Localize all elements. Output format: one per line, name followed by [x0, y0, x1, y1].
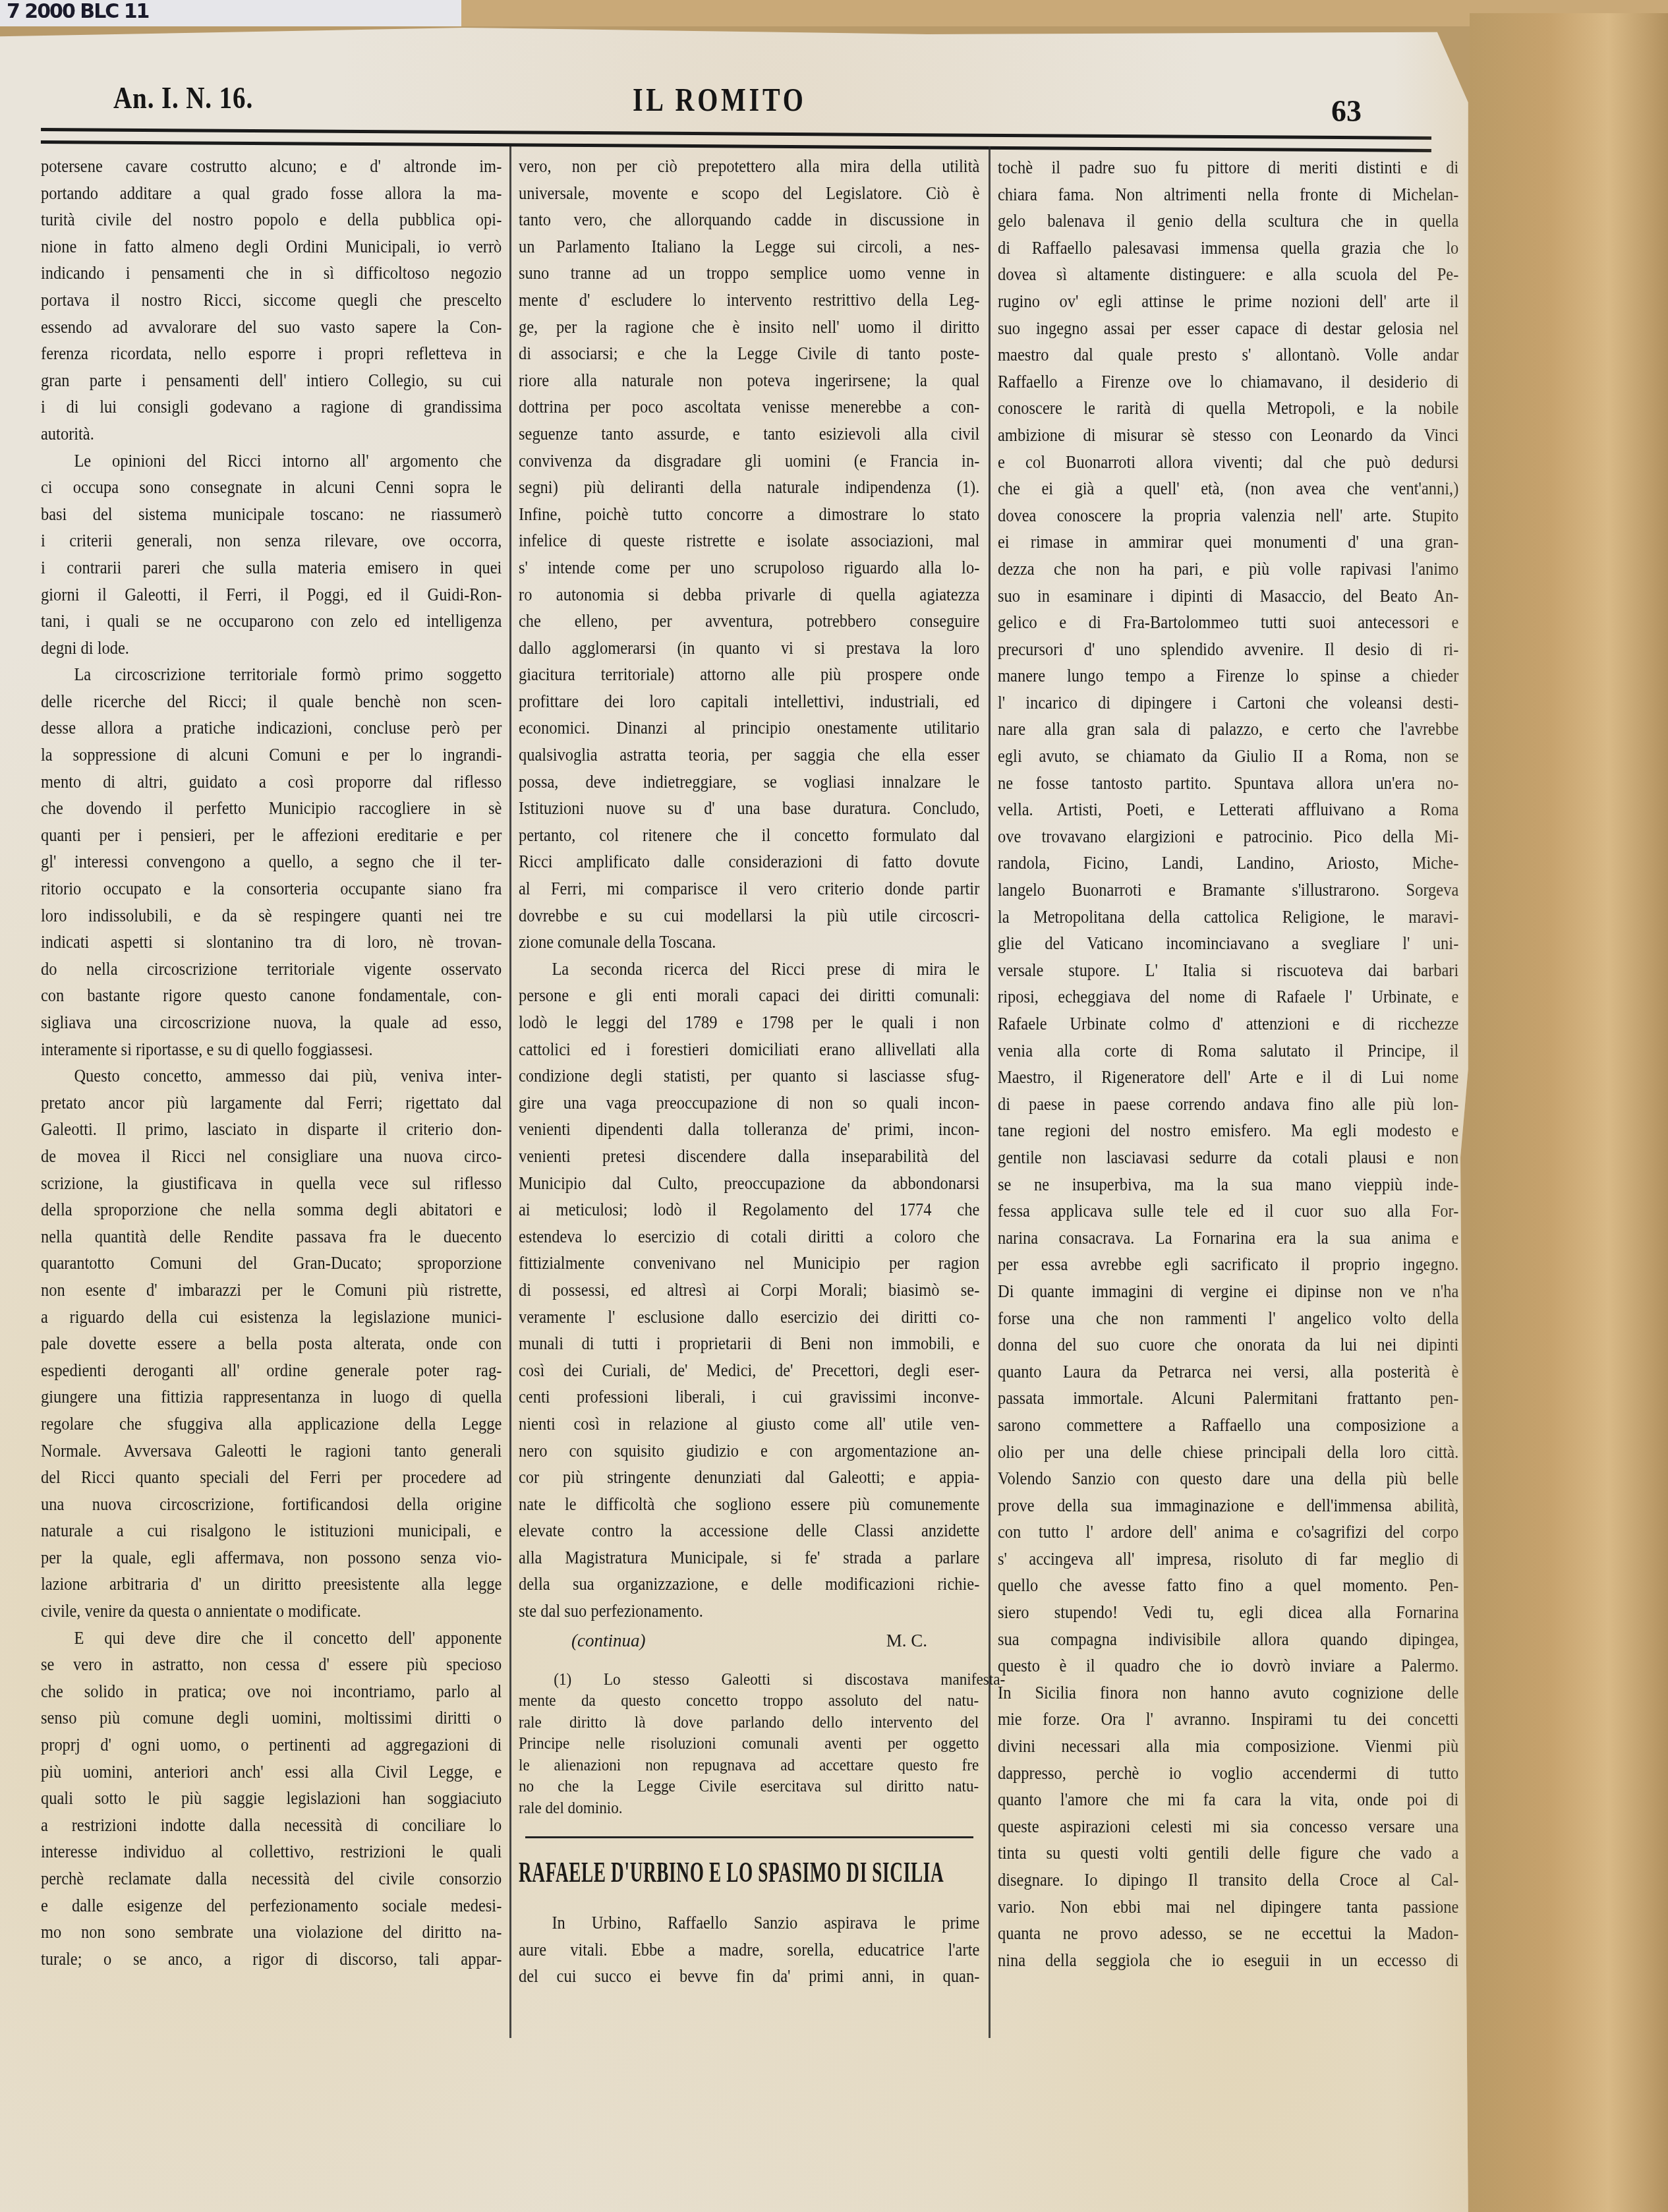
text-line: nione in fatto almeno degli Ordini Munic…	[41, 233, 502, 260]
text-line: perchè reclamate dalla necessità del civ…	[41, 1865, 502, 1892]
text-line: essendo ad avvalorare del suo vasto sape…	[41, 314, 502, 341]
text-line: alla Magistratura Municipale, si fe' str…	[519, 1544, 979, 1571]
text-line: se ne insuperbiva, ma la sua mano vieppi…	[998, 1171, 1458, 1198]
text-line: veramente l' esclusione dallo esercizio …	[519, 1304, 979, 1331]
text-line: rale del dominio.	[519, 1798, 979, 1820]
text-line: s' intende come per uno scrupoloso rigua…	[519, 554, 979, 581]
column-2: vero, non per ciò prepotettero alla mira…	[519, 153, 980, 1990]
text-line: no che la Legge Civile esercitava sul di…	[519, 1776, 979, 1798]
text-line: gelo balenava il genio della scultura ch…	[998, 208, 1458, 235]
text-line: nare alla gran sala di palazzo, e certo …	[998, 716, 1458, 743]
text-line: estendeva lo esercizio di cotali diritti…	[519, 1223, 979, 1250]
text-line: basi del sistema municipale toscano: ne …	[41, 501, 502, 528]
text-line: potersene cavare costrutto alcuno; e d' …	[41, 153, 502, 180]
text-line: quali sotto le più saggie legislazioni h…	[41, 1785, 502, 1812]
text-line: pale dovette essere a bella posta altera…	[41, 1330, 502, 1357]
text-line: la soppressione di alcuni Comuni e per l…	[41, 742, 502, 769]
text-line: de movea il Ricci nel consigliare una nu…	[41, 1143, 502, 1170]
text-line: della sua organizzazione, e delle modifi…	[519, 1571, 979, 1598]
text-line: Galeotti. Il primo, lasciato in disparte…	[41, 1116, 502, 1143]
text-line: ei rimase in ammirar quei monumenti d' u…	[998, 529, 1458, 556]
text-line: fittizialmente convenivano nel Municipio…	[519, 1250, 979, 1277]
text-line: che dovendo il perfetto Municipio raccog…	[41, 795, 502, 822]
text-line: proprj d' ogni uomo, o pertinenti ad agg…	[41, 1732, 502, 1759]
text-line: i di lui consigli godevano a ragione di …	[41, 393, 502, 421]
text-line: di paese in paese correndo andava fino a…	[998, 1091, 1458, 1118]
text-line: con bastante rigore questo canone fondam…	[41, 982, 502, 1009]
text-line: centi professioni liberali, i cui gravis…	[519, 1383, 979, 1411]
text-line: rale diritto là dove parlando dello inte…	[519, 1712, 979, 1734]
text-line: lodò le leggi del 1789 e 1798 per le qua…	[519, 1009, 979, 1036]
text-line: glie del Vaticano incominciavano a svegl…	[998, 930, 1458, 957]
text-line: sua compagna indivisibile allora quando …	[998, 1626, 1458, 1653]
text-line: regolare che sfuggiva alla applicazione …	[41, 1411, 502, 1438]
text-line: degni di lode.	[41, 635, 502, 662]
text-line: queste aspirazioni celesti mi sia conces…	[998, 1813, 1458, 1840]
text-line: qualsivoglia astratta teoria, per saggia…	[519, 742, 979, 769]
text-line: (1) Lo stesso Galeotti si discostava man…	[519, 1670, 1005, 1691]
text-line: senso più comune degli uomini, moltissim…	[41, 1704, 502, 1732]
text-line: di possessi, ed altresì ai Corpi Morali;…	[519, 1277, 979, 1304]
text-line: riore alla naturale non poteva ingerirse…	[519, 367, 979, 394]
text-line: ge, per la ragione che è insito nell' uo…	[519, 314, 979, 341]
text-line: scrizione, la giustificava in quella vec…	[41, 1170, 502, 1197]
text-line: Di quante immagini di vergine ei dipinse…	[998, 1278, 1458, 1305]
text-line: gire una vaga preoccupazione di non so q…	[519, 1090, 979, 1117]
text-line: non esente d' imbarazzi per le Comuni pi…	[41, 1277, 502, 1304]
text-line: turale; o se anco, a rigor di discorso, …	[41, 1946, 502, 1973]
text-line: tani, i quali se ne occuparono con zelo …	[41, 608, 502, 635]
text-line: giungere una fittizia rappresentanza in …	[41, 1383, 502, 1411]
text-line: quanta ne provo adesso, se ne eccettui l…	[998, 1920, 1458, 1947]
text-line: interamente si riportasse, e su di quell…	[41, 1036, 502, 1063]
text-line: Istituzioni nuove su d' una base duratur…	[519, 795, 979, 822]
text-line: portava il nostro Ricci, siccome quegli …	[41, 287, 502, 314]
masthead: An. I. N. 16. IL ROMITO 63	[105, 80, 1358, 127]
text-line: con tutto l' ardore dell' anima e co'sag…	[998, 1519, 1458, 1546]
text-line: persone e gli enti morali capaci dei dir…	[519, 982, 979, 1009]
text-line: profittare dei loro capitali intellettiv…	[519, 688, 979, 715]
text-line: dallo agglomerarsi (in quanto vi si pres…	[519, 635, 979, 662]
text-line: Normale. Avversava Galeotti le ragioni t…	[41, 1438, 502, 1465]
text-line: mente d' escludere lo intervento restrit…	[519, 287, 979, 314]
text-line: vero, non per ciò prepotettero alla mira…	[519, 153, 979, 180]
text-line: convivenza da disgradare gli uomini (e F…	[519, 448, 979, 475]
text-line: Maestro, il Rigeneratore dell' Arte e il…	[998, 1064, 1458, 1091]
text-line: precursori d' uno splendido avvenire. Il…	[998, 636, 1458, 663]
text-line: del cui succo ei bevve fin da' primi ann…	[519, 1963, 979, 1990]
text-line: quello che avesse fatto fino a quel mome…	[998, 1572, 1458, 1599]
text-line: narina consacrava. La Fornarina era la s…	[998, 1225, 1458, 1252]
text-line: Volendo Sanzio con questo dare una della…	[998, 1465, 1458, 1492]
text-line: Ricci amplificato dalle considerazioni d…	[519, 848, 979, 875]
text-line: di Raffaello palesavasi immensa quella g…	[998, 235, 1458, 262]
text-line: sarono commettere a Raffaello una compos…	[998, 1412, 1458, 1439]
text-line: portando additare a qual grado fosse all…	[41, 180, 502, 207]
text-line: elevate contro la accessione delle Class…	[519, 1517, 979, 1544]
column-3-article-text: tochè il padre suo fu pittore di meriti …	[998, 154, 1459, 1973]
text-line: tinta su questi volti gentili delle figu…	[998, 1840, 1458, 1867]
text-line: delle ricerche del Ricci; il quale bench…	[41, 688, 502, 715]
footnote: (1) Lo stesso Galeotti si discostava man…	[519, 1670, 980, 1820]
text-line: condizione degli statisti, per quanto si…	[519, 1062, 979, 1090]
text-line: per la quale, egli affermava, non posson…	[41, 1544, 502, 1571]
text-line: naturale a cui risalgono le istituzioni …	[41, 1517, 502, 1544]
section-rule	[525, 1836, 973, 1838]
text-line: dovea conoscere la propria valenzia nell…	[998, 502, 1458, 529]
masthead-double-rule	[41, 128, 1431, 152]
text-line: munali di tutti i proprietarii di Beni n…	[519, 1330, 979, 1357]
text-line: passata immortale. Alcuni Palermitani fr…	[998, 1385, 1458, 1412]
text-line: dappresso, perchè io voglio accendermi d…	[998, 1760, 1458, 1787]
text-line: quanto l'amore che mi fa cara la vita, o…	[998, 1786, 1458, 1813]
text-line: pretato ancor più largamente dal Ferri; …	[41, 1090, 502, 1117]
text-line: La seconda ricerca del Ricci prese di mi…	[519, 956, 979, 983]
text-line: e dalle esigenze del perfezionamento soc…	[41, 1892, 502, 1919]
text-line: tochè il padre suo fu pittore di meriti …	[998, 154, 1458, 181]
text-line: conoscere le rarità di quella Metropoli,…	[998, 395, 1458, 422]
text-line: riposi, echeggiava del nome di Rafaele l…	[998, 983, 1458, 1010]
text-line: che elleno, per avventura, potrebbero co…	[519, 608, 979, 635]
text-line: turità civile del nostro popolo e della …	[41, 206, 502, 233]
text-line: suo ingegno assai per esser capace di de…	[998, 315, 1458, 342]
text-line: Le opinioni del Ricci intorno all' argom…	[41, 448, 502, 475]
text-line: nina della seggiola che io eseguii in un…	[998, 1947, 1458, 1974]
text-line: espedienti deroganti all' ordine general…	[41, 1357, 502, 1384]
text-line: cattolici ed i forestieri domiciliati er…	[519, 1036, 979, 1063]
text-line: tane regioni del nostro emisfero. Ma egl…	[998, 1117, 1458, 1144]
text-line: mento di altri, guidato a così proporre …	[41, 769, 502, 796]
text-line: siero stupendo! Vedi tu, egli dicea alla…	[998, 1599, 1458, 1626]
text-line: questo è il quadro che io dovrò inviare …	[998, 1652, 1458, 1679]
text-line: della sproporzione che nella somma degli…	[41, 1196, 502, 1223]
text-line: venia alla corte di Roma salutato il Pri…	[998, 1037, 1458, 1064]
text-line: manere lungo tempo a Firenze lo spinse a…	[998, 662, 1458, 689]
column-divider	[989, 146, 991, 2038]
text-line: dovrebbe e su cui modellarsi la più util…	[519, 902, 979, 929]
text-line: giorni il Galeotti, il Ferri, il Poggi, …	[41, 581, 502, 608]
text-line: mie forze. Ora l' avranno. Inspirami tu …	[998, 1706, 1458, 1733]
text-line: gl' interessi convengono a quello, a seg…	[41, 848, 502, 875]
text-line: un Parlamento Italiano la Legge sui circ…	[519, 233, 979, 260]
text-line: infelice di queste ristrette e isolate a…	[519, 527, 979, 554]
text-line: In Urbino, Raffaello Sanzio aspirava le …	[519, 1909, 979, 1936]
underlying-page-edge	[1470, 13, 1668, 2212]
text-line: Questo concetto, ammesso dai più, veniva…	[41, 1062, 502, 1090]
text-line: quanto Laura da Petrarca nei versi, alla…	[998, 1358, 1458, 1385]
issue-number: An. I. N. 16.	[113, 80, 253, 115]
text-line: pertanto, col ritenere che il concetto f…	[519, 822, 979, 849]
newspaper-title: IL ROMITO	[633, 80, 807, 119]
text-line: disegnare. Io dipingo Il transito della …	[998, 1867, 1458, 1894]
text-line: ro autonomia si debba privarle di quella…	[519, 581, 979, 608]
text-line: suo in esaminare i dipinti di Masaccio, …	[998, 583, 1458, 610]
text-line: vario. Non ebbi mai nel dipingere tanta …	[998, 1894, 1458, 1921]
text-line: versale stupore. L' Italia si riscuoteva…	[998, 957, 1458, 984]
text-line: a restrizioni indotte dalla necessità di…	[41, 1812, 502, 1839]
text-line: ci occupa sono consegnate in alcuni Cenn…	[41, 474, 502, 501]
text-line: mo non sono sembrate una violazione del …	[41, 1919, 502, 1946]
text-line: mente da questo concetto troppo assoluto…	[519, 1691, 979, 1712]
text-line: che solido in pratica; ove noi incontria…	[41, 1678, 502, 1705]
column-2-article-text: vero, non per ciò prepotettero alla mira…	[519, 153, 980, 1625]
text-line: che ei già a quell' età, (non avea che v…	[998, 475, 1458, 502]
text-line: al Ferri, mi comparisce il vero criterio…	[519, 875, 979, 902]
text-line: possa, deve indietreggiare, se vogliasi …	[519, 769, 979, 796]
page-number: 63	[1331, 94, 1362, 129]
text-line: cor più stringente denunziati dal Galeot…	[519, 1464, 979, 1491]
text-line: s' accingeva all' impresa, risoluto di f…	[998, 1546, 1458, 1573]
text-line: segni) più deliranti della naturale indi…	[519, 474, 979, 501]
continua-note: (continua)	[571, 1627, 645, 1654]
text-line: universale, movente e scopo del Legislat…	[519, 180, 979, 207]
text-line: loro indissolubili, e da sè respingere q…	[41, 902, 502, 929]
text-line: indicati aspetti si slontanino tra di lo…	[41, 929, 502, 956]
column-1-article-text: potersene cavare costrutto alcuno; e d' …	[41, 153, 502, 1972]
text-line: a riguardo della cui esistenza la legisl…	[41, 1304, 502, 1331]
text-line: Municipio dal Culto, preoccupazione da a…	[519, 1170, 979, 1197]
text-line: di associarsi; e che la Legge Civile di …	[519, 340, 979, 367]
text-line: E qui deve dire che il concetto dell' ap…	[41, 1625, 502, 1652]
text-line: prove della sua immaginazione e dell'imm…	[998, 1492, 1458, 1519]
text-line: sigliava una circoscrizione nuova, la qu…	[41, 1009, 502, 1036]
text-line: fessa applicava sulle tele ed il cuor su…	[998, 1198, 1458, 1225]
newspaper-page: An. I. N. 16. IL ROMITO 63 potersene cav…	[0, 15, 1545, 2212]
text-line: donna del suo cuore che onorata da lui n…	[998, 1331, 1458, 1358]
text-line: Raffaello a Firenze ove lo chiamavano, i…	[998, 368, 1458, 395]
column-2-new-article-text: In Urbino, Raffaello Sanzio aspirava le …	[519, 1909, 980, 1990]
text-line: i contrarii pareri che sulla materia emi…	[41, 554, 502, 581]
column-divider	[509, 146, 511, 2038]
text-line: giacitura territoriale) attorno alle più…	[519, 661, 979, 688]
text-line: ne fosse tantosto partito. Spuntava allo…	[998, 770, 1458, 797]
scan-background: 7 2000 BLC 11	[0, 0, 1668, 26]
text-line: randola, Ficino, Landi, Landino, Ariosto…	[998, 850, 1458, 877]
text-line: nero con squisito giudizio e con argomen…	[519, 1438, 979, 1465]
text-line: divini necessari alla mia composizione. …	[998, 1733, 1458, 1760]
text-line: nienti così in relazione al giusto come …	[519, 1411, 979, 1438]
text-line: ste dal suo perfezionamento.	[519, 1598, 979, 1625]
text-line: gran parte i pensamenti dell' intiero Co…	[41, 367, 502, 394]
text-line: così dei Curiali, de' Medici, de' Precet…	[519, 1357, 979, 1384]
author-initials: M. C.	[886, 1627, 927, 1654]
text-line: ambizione di misurar sè stesso con Leona…	[998, 422, 1458, 449]
text-line: più uomini, anteriori anch' essi alla Ci…	[41, 1759, 502, 1786]
text-line: rugino ov' egli attinse le prime nozioni…	[998, 288, 1458, 315]
text-line: quarantotto Comuni del Gran-Ducato; spro…	[41, 1250, 502, 1277]
text-line: egli avuto, se chiamato da Giulio II a R…	[998, 743, 1458, 770]
text-line: zione comunale della Toscana.	[519, 929, 979, 956]
text-line: per essa avrebbe egli sacrificato il pro…	[998, 1251, 1458, 1278]
text-line: autorità.	[41, 421, 502, 448]
article-headline: RAFAELE D'URBINO E LO SPASIMO DI SICILIA	[519, 1853, 982, 1892]
text-line: la Metropolitana della cattolica Religio…	[998, 904, 1458, 931]
text-line: indicando i pensamenti che in sì diffico…	[41, 260, 502, 287]
text-line: tanto vero, che allorquando cadde in dis…	[519, 206, 979, 233]
text-line: le alienazioni non repugnava ad accettar…	[519, 1755, 979, 1777]
text-line: dezza che non ha pari, e più volle rapiv…	[998, 556, 1458, 583]
text-line: suno tranne ad un troppo semplice uomo v…	[519, 260, 979, 287]
text-line: In Sicilia finora non hanno avuto cogniz…	[998, 1679, 1458, 1706]
text-line: aure vitali. Ebbe a madre, sorella, educ…	[519, 1936, 979, 1964]
text-line: olio per una delle chiese principali del…	[998, 1439, 1458, 1466]
text-line: ritorio occupato e la consorteria occupa…	[41, 875, 502, 902]
article-signoff: (continua) M. C.	[519, 1626, 980, 1656]
text-line: lazione arbitraria d' un diritto preesis…	[41, 1571, 502, 1598]
text-line: gentile non lasciavasi sedurre da cotali…	[998, 1144, 1458, 1171]
text-line: La circoscrizione territoriale formò pri…	[41, 661, 502, 688]
text-line: Principe nelle risoluzioni comunali aven…	[519, 1733, 979, 1755]
text-line: economici. Dinanzi al principio onestame…	[519, 714, 979, 742]
text-line: dottrina per poco ascoltata venisse mene…	[519, 393, 979, 421]
text-line: e col Buonarroti allora viventi; dal che…	[998, 449, 1458, 476]
text-line: forse una che non rammenti l' angelico v…	[998, 1305, 1458, 1332]
text-line: i criterii generali, non senza rilevare,…	[41, 527, 502, 554]
text-line: gelico e di Fra-Bartolommeo tutti suoi a…	[998, 609, 1458, 636]
text-line: ai meticulosi; lodò il Regolamento del 1…	[519, 1196, 979, 1223]
text-line: nella quantità delle Rendite passava fra…	[41, 1223, 502, 1250]
text-line: venienti pretesi discendere dalla insepa…	[519, 1143, 979, 1170]
text-line: vella. Artisti, Poeti, e Letterati afflu…	[998, 796, 1458, 823]
text-line: civile, venire da questa o annientate o …	[41, 1598, 502, 1625]
text-line: seguenze tanto assurde, e tanto esizievo…	[519, 421, 979, 448]
text-line: desse allora a pratiche indicazioni, con…	[41, 714, 502, 742]
text-line: ove trovavano elargizioni e patrocinio. …	[998, 823, 1458, 850]
text-line: maestro dal quale presto s' allontanò. V…	[998, 341, 1458, 368]
text-line: del Ricci quanto speciali del Ferri per …	[41, 1464, 502, 1491]
text-line: nate le difficoltà che sogliono essere p…	[519, 1491, 979, 1518]
text-line: interesse individuo al collettivo, restr…	[41, 1838, 502, 1865]
text-line: chiara fama. Non altrimenti nella fronte…	[998, 181, 1458, 208]
text-line: venienti dipendenti dalla tolleranza de'…	[519, 1116, 979, 1143]
text-line: do nella circoscrizione territoriale vig…	[41, 956, 502, 983]
text-line: Infine, poichè tutto concorre a dimostra…	[519, 501, 979, 528]
text-line: l' incarico di dipingere i Cartoni che v…	[998, 689, 1458, 716]
text-line: una nuova circoscrizione, fortificandosi…	[41, 1491, 502, 1518]
text-line: se vero in astratto, non cessa d' essere…	[41, 1651, 502, 1678]
archive-label: 7 2000 BLC 11	[7, 0, 148, 23]
text-line: ferenza ricordata, nello esporre i propr…	[41, 340, 502, 367]
text-line: langelo Buonarroti e Bramante s'illustra…	[998, 877, 1458, 904]
text-line: Rafaele Urbinate colmo d' attenzioni e d…	[998, 1010, 1458, 1037]
text-line: dovea sì altamente distinguere: e alla s…	[998, 261, 1458, 288]
text-line: quanti per i pensieri, per le affezioni …	[41, 822, 502, 849]
